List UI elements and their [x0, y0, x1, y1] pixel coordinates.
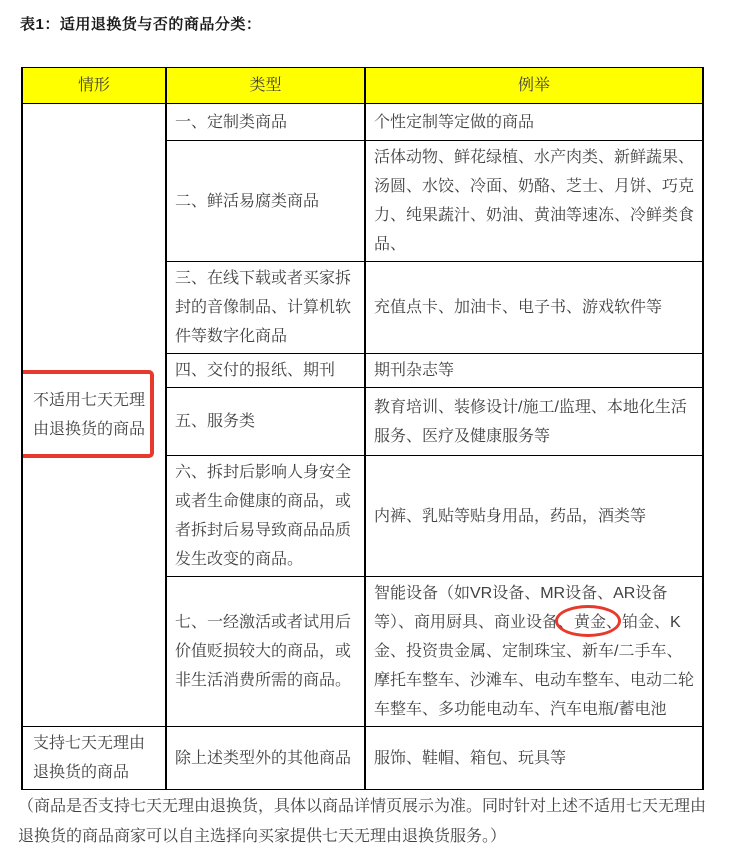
header-situation: 情形	[22, 68, 166, 104]
page-title: 表1：适用退换货与否的商品分类：	[20, 13, 261, 34]
type-cell: 四、交付的报纸、期刊	[166, 354, 365, 388]
type-cell: 六、拆封后影响人身安全或者生命健康的商品，或者拆封后易导致商品品质发生改变的商品…	[166, 456, 365, 577]
situation-not-applicable-label: 不适用七天无理由退换货的商品	[33, 392, 145, 438]
examples-cell: 教育培训、装修设计/施工/监理、本地化生活服务、医疗及健康服务等	[365, 388, 703, 456]
examples-cell: 内裤、乳贴等贴身用品，药品，酒类等	[365, 456, 703, 577]
type-cell: 除上述类型外的其他商品	[166, 727, 365, 790]
gold-label: 黄金	[574, 614, 606, 631]
red-rectangle-annotation	[22, 370, 154, 458]
situation-not-applicable-cell: 不适用七天无理由退换货的商品	[22, 104, 166, 727]
examples-cell: 服饰、鞋帽、箱包、玩具等	[365, 727, 703, 790]
footer-note: （商品是否支持七天无理由退换货，具体以商品详情页展示为准。同时针对上述不适用七天…	[18, 792, 717, 852]
type-cell: 五、服务类	[166, 388, 365, 456]
table-row: 支持七天无理由退换货的商品 除上述类型外的其他商品 服饰、鞋帽、箱包、玩具等	[22, 727, 703, 790]
table-row: 不适用七天无理由退换货的商品 一、定制类商品 个性定制等定做的商品	[22, 104, 703, 141]
return-policy-table: 情形 类型 例举 不适用七天无理由退换货的商品 一、定制类商品 个性定制等定做的…	[21, 67, 704, 790]
header-examples: 例举	[365, 68, 703, 104]
examples-cell: 活体动物、鲜花绿植、水产肉类、新鲜蔬果、汤圆、水饺、冷面、奶酪、芝士、月饼、巧克…	[365, 141, 703, 262]
header-type: 类型	[166, 68, 365, 104]
type-cell: 三、在线下载或者买家拆封的音像制品、计算机软件等数字化商品	[166, 262, 365, 354]
type-cell: 一、定制类商品	[166, 104, 365, 141]
type-cell: 二、鲜活易腐类商品	[166, 141, 365, 262]
examples-cell: 期刊杂志等	[365, 354, 703, 388]
table-header-row: 情形 类型 例举	[22, 68, 703, 104]
examples-cell: 充值点卡、加油卡、电子书、游戏软件等	[365, 262, 703, 354]
examples-cell: 个性定制等定做的商品	[365, 104, 703, 141]
gold-highlight: 黄金	[574, 608, 606, 637]
examples-cell: 智能设备（如VR设备、MR设备、AR设备等）、商用厨具、商业设备、黄金、铂金、K…	[365, 577, 703, 727]
situation-applicable-cell: 支持七天无理由退换货的商品	[22, 727, 166, 790]
type-cell: 七、一经激活或者试用后价值贬损较大的商品，或非生活消费所需的商品。	[166, 577, 365, 727]
